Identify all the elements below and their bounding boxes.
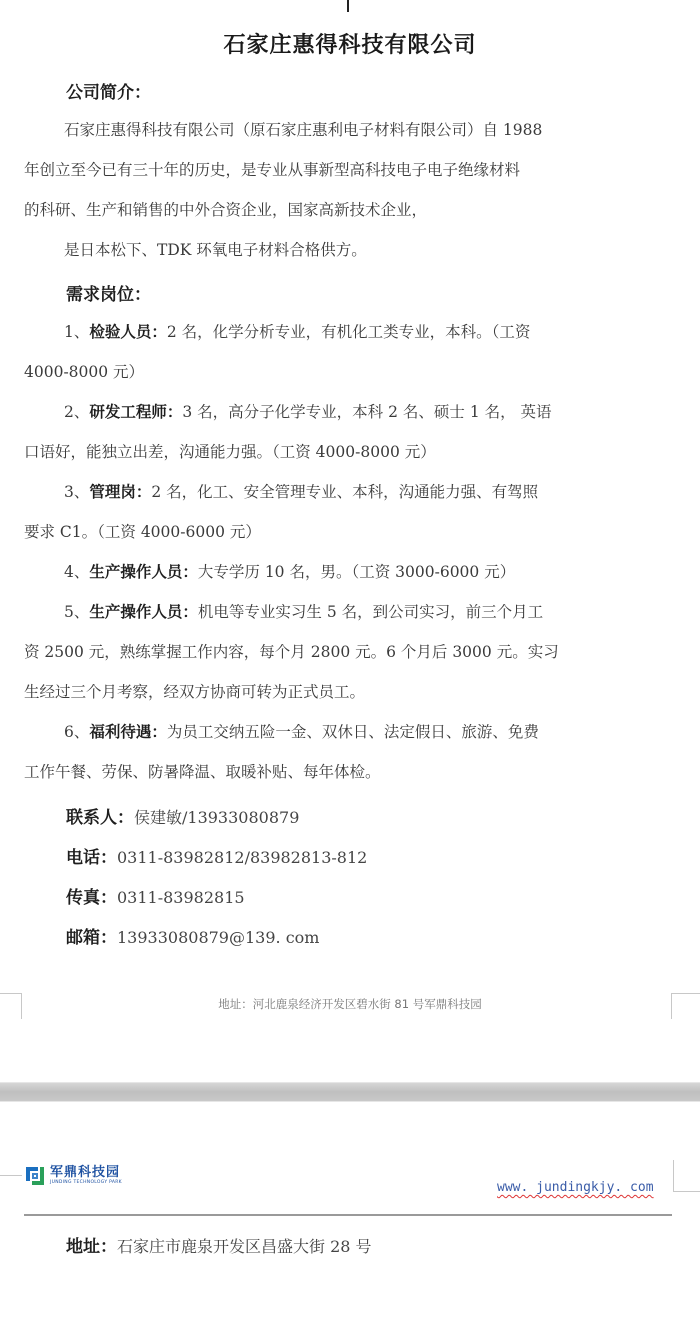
document-title: 石家庄惠得科技有限公司 bbox=[0, 28, 700, 59]
position-label: 生产操作人员： bbox=[89, 603, 198, 621]
position-label: 研发工程师： bbox=[89, 403, 182, 421]
header-divider bbox=[24, 1214, 672, 1216]
position-item-4: 4、生产操作人员：大专学历 10 名，男。（工资 3000-6000 元） bbox=[24, 552, 676, 592]
position-label: 福利待遇： bbox=[89, 723, 167, 741]
position-label: 检验人员： bbox=[89, 323, 167, 341]
website-link[interactable]: www. jundingkjy. com bbox=[497, 1180, 654, 1195]
logo-name-en: JUNDING TECHNOLOGY PARK bbox=[50, 1180, 122, 1186]
intro-heading: 公司简介： bbox=[66, 78, 151, 103]
junding-logo: 军鼎科技园 JUNDING TECHNOLOGY PARK bbox=[24, 1165, 122, 1187]
contact-fax: 传真：0311-83982815 bbox=[66, 883, 245, 908]
positions-heading: 需求岗位： bbox=[66, 280, 151, 305]
position-item-5: 5、生产操作人员：机电等专业实习生 5 名，到公司实习，前三个月工 资 2500… bbox=[24, 592, 676, 712]
position-item-3: 3、管理岗：2 名，化工、安全管理专业、本科，沟通能力强、有驾照 要求 C1。（… bbox=[24, 472, 676, 552]
position-item-6: 6、福利待遇：为员工交纳五险一金、双休日、法定假日、旅游、免费 工作午餐、劳保、… bbox=[24, 712, 676, 792]
position-item-1: 1、检验人员：2 名，化学分析专业，有机化工类专业，本科。（工资 4000-80… bbox=[24, 312, 676, 392]
page-footer-address: 地址：河北鹿泉经济开发区碧水街 81 号军鼎科技园 bbox=[0, 996, 700, 1012]
contact-email: 邮箱：13933080879@139. com bbox=[66, 923, 319, 948]
contact-phone: 电话：0311-83982812/83982813-812 bbox=[66, 843, 367, 868]
intro-line-1: 石家庄惠得科技有限公司（原石家庄惠利电子材料有限公司）自 1988 bbox=[24, 110, 676, 150]
position-label: 生产操作人员： bbox=[89, 563, 198, 581]
intro-line-2: 年创立至今已有三十年的历史，是专业从事新型高科技电子电子绝缘材料 bbox=[24, 150, 676, 190]
page-break-gap bbox=[0, 1082, 700, 1102]
page-corner-mark bbox=[0, 1175, 22, 1193]
text-cursor-mark bbox=[347, 0, 349, 12]
intro-line-3: 的科研、生产和销售的中外合资企业，国家高新技术企业， bbox=[24, 190, 676, 230]
intro-line-4: 是日本松下、TDK 环氧电子材料合格供方。 bbox=[24, 230, 676, 270]
position-item-2: 2、研发工程师：3 名，高分子化学专业，本科 2 名、硕士 1 名， 英语 口语… bbox=[24, 392, 676, 472]
contact-person: 联系人：侯建敏/13933080879 bbox=[66, 803, 299, 828]
page-corner-mark bbox=[673, 1160, 700, 1192]
junding-logo-icon bbox=[24, 1165, 46, 1187]
position-label: 管理岗： bbox=[89, 483, 151, 501]
intro-paragraph: 石家庄惠得科技有限公司（原石家庄惠利电子材料有限公司）自 1988 年创立至今已… bbox=[24, 110, 676, 270]
logo-name-cn: 军鼎科技园 bbox=[50, 1166, 122, 1180]
page2-address: 地址：石家庄市鹿泉开发区昌盛大街 28 号 bbox=[66, 1232, 372, 1257]
